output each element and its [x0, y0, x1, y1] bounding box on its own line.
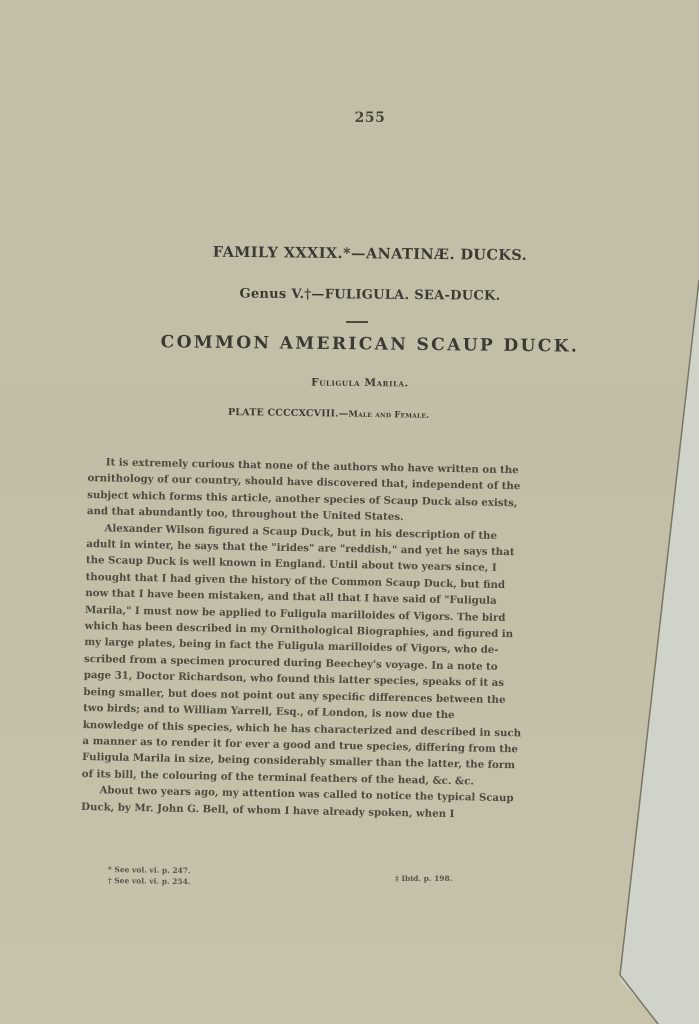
body-text: It is extremely curious that none of the…	[81, 454, 596, 825]
latin-name: Fuligula Marila.	[280, 376, 440, 389]
plate-sex: Male and Female.	[348, 410, 429, 421]
page-number: 255	[340, 110, 400, 126]
plate-label: PLATE CCCCXCVIII.—	[228, 407, 349, 420]
footnote-right: ‡ Ibid. p. 198.	[395, 874, 452, 883]
section-rule	[346, 321, 368, 323]
